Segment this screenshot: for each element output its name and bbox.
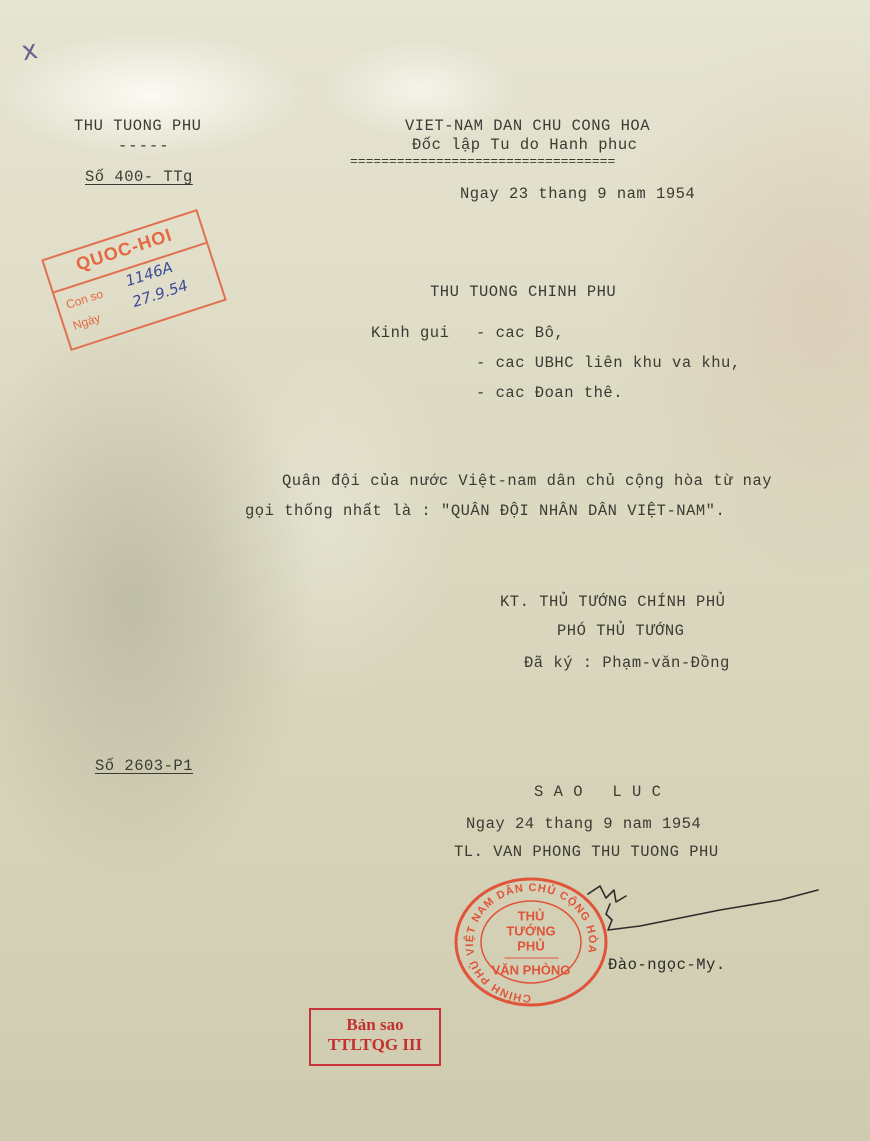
certified-copy-date: Ngay 24 thang 9 nam 1954 bbox=[466, 815, 701, 833]
body-line-2: gọi thống nhất là : "QUÂN ĐỘI NHÂN DÂN V… bbox=[245, 502, 725, 520]
copy-number: Số 2603-P1 bbox=[95, 757, 193, 775]
archive-stamp-line-2: TTLTQG III bbox=[311, 1035, 439, 1055]
signature-title: KT. THỦ TƯỚNG CHÍNH PHỦ bbox=[500, 593, 725, 611]
recipient-item: - cac Bô, bbox=[476, 324, 564, 342]
recipient-item: - cac UBHC liên khu va khu, bbox=[476, 354, 741, 372]
recipient-item: - cac Đoan thê. bbox=[476, 384, 623, 402]
office-round-stamp: CHÍNH PHỦ VIỆT NAM DÂN CHỦ CỘNG HÒA THỦ … bbox=[452, 875, 610, 1010]
document-number: Số 400- TTg bbox=[85, 168, 193, 186]
received-stamp-date-label: Ngày bbox=[71, 311, 102, 333]
issuer-dash: ----- bbox=[118, 137, 170, 155]
archive-stamp: Bản sao TTLTQG III bbox=[309, 1008, 441, 1066]
archive-stamp-line-1: Bản sao bbox=[311, 1015, 439, 1035]
document-date: Ngay 23 thang 9 nam 1954 bbox=[460, 185, 695, 203]
country-name: VIET-NAM DAN CHU CONG HOA bbox=[405, 117, 650, 135]
received-stamp-number-label: Con so bbox=[64, 287, 104, 312]
certified-copy-office: TL. VAN PHONG THU TUONG PHU bbox=[454, 843, 719, 861]
signature-position: PHÓ THỦ TƯỚNG bbox=[557, 622, 684, 640]
round-stamp-line-1: THỦ TƯỚNG PHỦ bbox=[492, 908, 571, 953]
handwritten-signature bbox=[580, 880, 820, 960]
issuer-office: THU TUONG PHU bbox=[74, 117, 201, 135]
recipients-intro: Kinh gui bbox=[371, 324, 449, 342]
certified-copy-signer: Đào-ngọc-My. bbox=[608, 956, 726, 974]
national-motto: Đốc lập Tu do Hanh phuc bbox=[412, 136, 637, 154]
signature-name: Đã ký : Phạm-văn-Đồng bbox=[524, 654, 730, 672]
round-stamp-line-2: VĂN PHÒNG bbox=[492, 962, 571, 977]
header-separator: ================================== bbox=[350, 154, 615, 169]
body-line-1: Quân đội của nước Việt-nam dân chủ cộng … bbox=[282, 472, 772, 490]
round-stamp-rule bbox=[504, 957, 558, 958]
certified-copy-title: S A O L U C bbox=[534, 783, 661, 801]
sender: THU TUONG CHINH PHU bbox=[430, 283, 616, 301]
